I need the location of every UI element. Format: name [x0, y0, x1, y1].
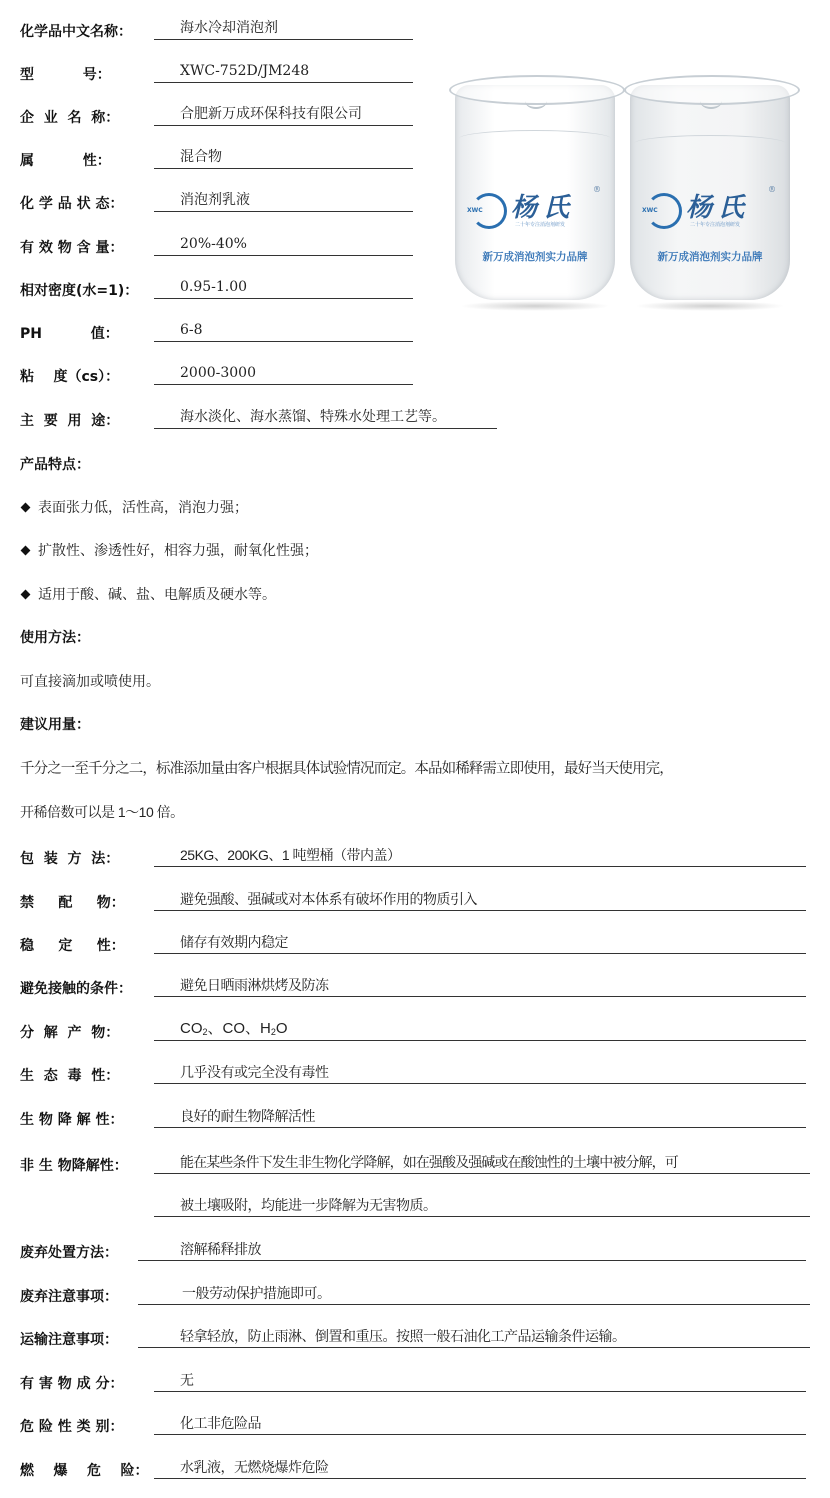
usage-text: 可直接滴加或喷使用。 — [20, 672, 160, 692]
dosage-text-line2: 开稀倍数可以是 1～10 倍。 — [20, 802, 184, 822]
field-label: 燃 爆 危 险： — [20, 1461, 154, 1481]
brand-tagline: 新万成消泡剂实力品牌 — [455, 249, 615, 264]
diamond-bullet-icon — [21, 502, 31, 512]
field-value: 水乳液，无燃烧爆炸危险 — [154, 1457, 806, 1479]
field-value: 良好的耐生物降解活性 — [154, 1106, 806, 1128]
feature-item: 表面张力低，活性高，消泡力强； — [20, 498, 248, 518]
field-label: 有 害 物 成 分： — [20, 1374, 154, 1394]
brand-tagline: 新万成消泡剂实力品牌 — [630, 249, 790, 264]
field-label: 生 态 毒 性： — [20, 1066, 154, 1086]
field-value: 避免强酸、强碱或对本体系有破坏作用的物质引入 — [154, 889, 806, 911]
field-label: 有 效 物 含 量： — [20, 238, 154, 258]
field-value-continued: 被土壤吸附，均能进一步降解为无害物质。 — [154, 1195, 810, 1217]
brand-logo: XWC 杨氏 ® 二十年专注消泡剂研发 — [640, 187, 780, 247]
field-label: 危 险 性 类 别： — [20, 1417, 154, 1437]
field-value: XWC-752D/JM248 — [154, 61, 413, 83]
features-heading: 产品特点： — [20, 455, 90, 475]
diamond-bullet-icon — [21, 545, 31, 555]
beaker-clear: XWC 杨氏 ® 二十年专注消泡剂研发 新万成消泡剂实力品牌 — [630, 85, 790, 300]
field-value: 2000-3000 — [154, 363, 413, 385]
field-value: 几乎没有或完全没有毒性 — [154, 1062, 806, 1084]
field-label: PH 值： — [20, 324, 154, 344]
field-label: 型 号： — [20, 65, 154, 85]
field-label: 相对密度(水=1)： — [20, 281, 154, 301]
field-label: 废弃注意事项： — [20, 1287, 154, 1307]
field-value: 海水冷却消泡剂 — [154, 18, 413, 40]
decomposition-formula: CO2、CO、H2O — [154, 1019, 288, 1042]
field-label: 化学品中文名称： — [20, 22, 154, 42]
field-value: CO2、CO、H2O — [154, 1019, 806, 1041]
field-value: 溶解稀释排放 — [138, 1239, 806, 1261]
field-value: 20%-40% — [154, 234, 413, 256]
field-label: 粘 度（cs）： — [20, 367, 154, 387]
field-value: 一般劳动保护措施即可。 — [138, 1283, 810, 1305]
field-label: 化 学 品 状 态： — [20, 194, 154, 214]
field-label: 废弃处置方法： — [20, 1243, 154, 1263]
field-label: 非 生 物降解性： — [20, 1156, 154, 1176]
field-value: 海水淡化、海水蒸馏、特殊水处理工艺等。 — [154, 407, 497, 429]
field-value: 6-8 — [154, 320, 413, 342]
diamond-bullet-icon — [21, 589, 31, 599]
feature-item: 扩散性、渗透性好，相容力强，耐氧化性强； — [20, 541, 318, 561]
field-label: 分 解 产 物： — [20, 1023, 154, 1043]
field-label: 运输注意事项： — [20, 1330, 154, 1350]
field-label: 主 要 用 途： — [20, 411, 154, 431]
field-value: 轻拿轻放，防止雨淋、倒置和重压。按照一般石油化工产品运输条件运输。 — [138, 1326, 810, 1348]
field-value: 0.95-1.00 — [154, 277, 413, 299]
field-label: 企 业 名 称： — [20, 108, 154, 128]
field-value: 25KG、200KG、1 吨塑桶（带内盖） — [154, 845, 806, 867]
field-value: 能在某些条件下发生非生物化学降解，如在强酸及强碱或在酸蚀性的土壤中被分解，可 — [154, 1152, 810, 1174]
field-value: 避免日晒雨淋烘烤及防冻 — [154, 975, 806, 997]
dosage-text-line1: 千分之一至千分之二，标准添加量由客户根据具体试验情况而定。本品如稀释需立即使用，… — [20, 759, 673, 779]
field-value: 消泡剂乳液 — [154, 190, 413, 212]
field-value: 储存有效期内稳定 — [154, 932, 806, 954]
field-label: 避免接触的条件： — [20, 979, 154, 999]
dosage-heading: 建议用量： — [20, 715, 90, 735]
brand-logo: XWC 杨氏 ® 二十年专注消泡剂研发 — [465, 187, 605, 247]
field-value: 无 — [154, 1370, 806, 1392]
product-image: XWC 杨氏 ® 二十年专注消泡剂研发 新万成消泡剂实力品牌 XWC 杨氏 ® … — [445, 65, 805, 315]
field-label: 包 装 方 法： — [20, 849, 154, 869]
field-label: 生 物 降 解 性： — [20, 1110, 154, 1130]
field-label: 属 性： — [20, 151, 154, 171]
field-label: 稳 定 性： — [20, 936, 154, 956]
field-value: 合肥新万成环保科技有限公司 — [154, 104, 413, 126]
usage-heading: 使用方法： — [20, 628, 90, 648]
beaker-milky: XWC 杨氏 ® 二十年专注消泡剂研发 新万成消泡剂实力品牌 — [455, 85, 615, 300]
feature-item: 适用于酸、碱、盐、电解质及硬水等。 — [20, 585, 276, 605]
field-label: 禁 配 物： — [20, 893, 154, 913]
field-value: 混合物 — [154, 147, 413, 169]
field-value: 化工非危险品 — [154, 1413, 806, 1435]
